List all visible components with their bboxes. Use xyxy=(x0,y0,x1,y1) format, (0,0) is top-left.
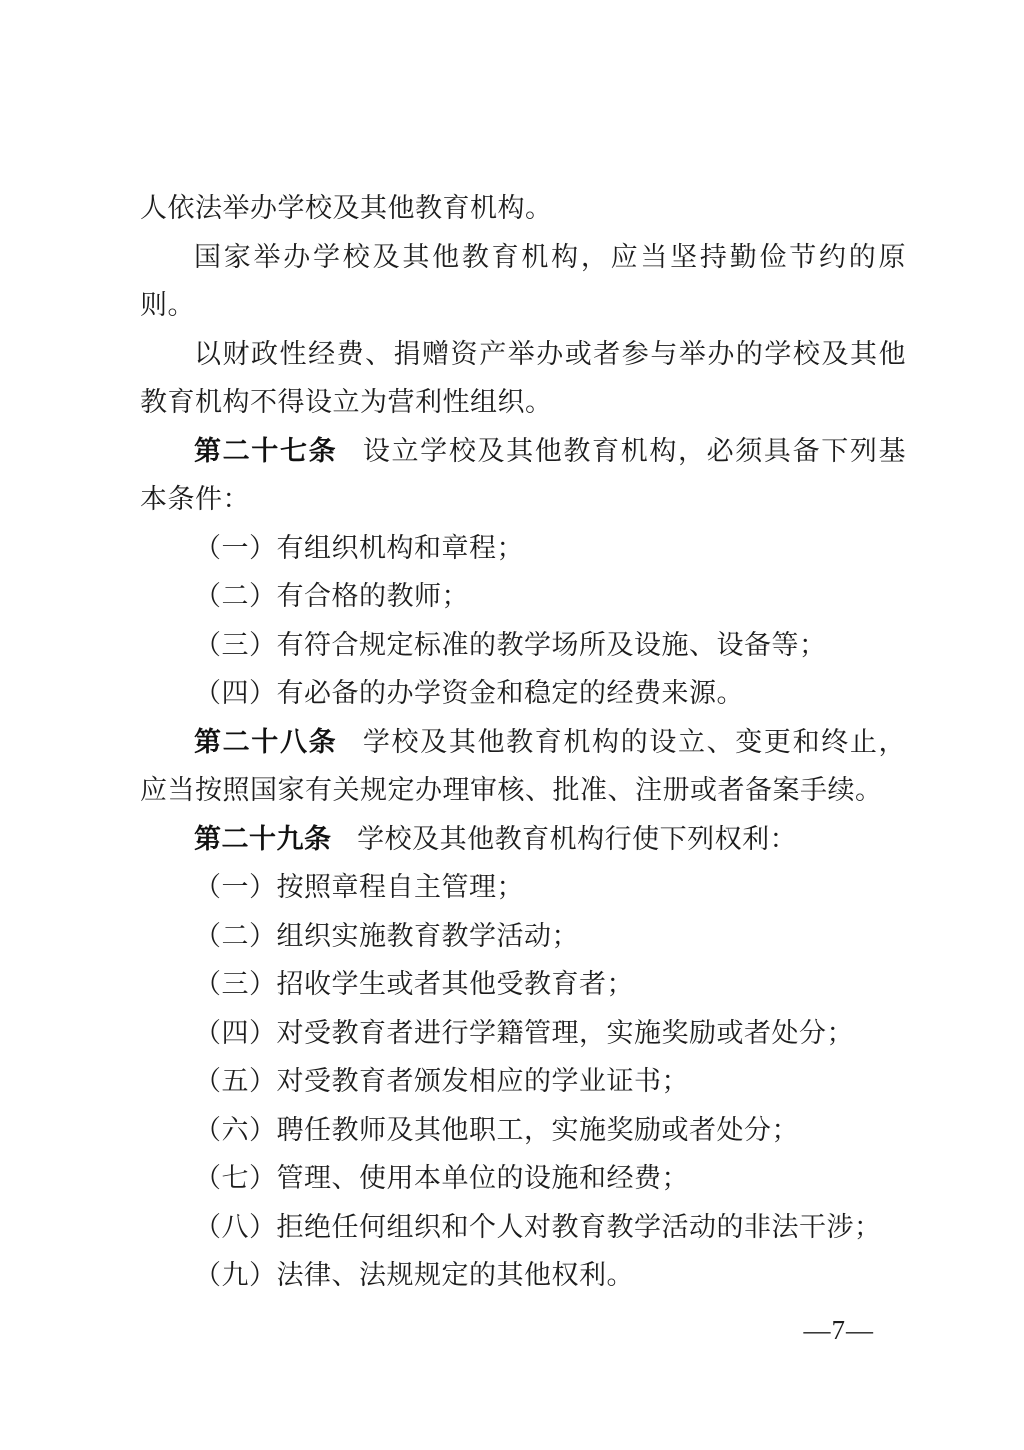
article-paragraph: 第二十八条学校及其他教育机构的设立、变更和终止，应当按照国家有关规定办理审核、批… xyxy=(140,718,906,815)
paragraph: （三）招收学生或者其他受教育者； xyxy=(140,960,906,1009)
page-number: —7— xyxy=(804,1312,875,1348)
paragraph: （五）对受教育者颁发相应的学业证书； xyxy=(140,1057,906,1106)
paragraph: （七）管理、使用本单位的设施和经费； xyxy=(140,1154,906,1203)
paragraph: （三）有符合规定标准的教学场所及设施、设备等； xyxy=(140,621,906,670)
paragraph: 国家举办学校及其他教育机构，应当坚持勤俭节约的原则。 xyxy=(140,233,906,330)
article-number-label: 第二十七条 xyxy=(194,436,337,466)
paragraph: 以财政性经费、捐赠资产举办或者参与举办的学校及其他教育机构不得设立为营利性组织。 xyxy=(140,330,906,427)
paragraph: （一）按照章程自主管理； xyxy=(140,863,906,912)
paragraph: （四）有必备的办学资金和稳定的经费来源。 xyxy=(140,669,906,718)
paragraph: （九）法律、法规规定的其他权利。 xyxy=(140,1251,906,1300)
article-paragraph: 第二十七条设立学校及其他教育机构，必须具备下列基本条件： xyxy=(140,427,906,524)
article-number-label: 第二十九条 xyxy=(194,824,332,854)
paragraph: （八）拒绝任何组织和个人对教育教学活动的非法干涉； xyxy=(140,1203,906,1252)
paragraph: （四）对受教育者进行学籍管理，实施奖励或者处分； xyxy=(140,1009,906,1058)
article-number-label: 第二十八条 xyxy=(194,727,337,757)
paragraph: （六）聘任教师及其他职工，实施奖励或者处分； xyxy=(140,1106,906,1155)
document-page: 人依法举办学校及其他教育机构。国家举办学校及其他教育机构，应当坚持勤俭节约的原则… xyxy=(0,0,1024,1450)
paragraph: 人依法举办学校及其他教育机构。 xyxy=(140,184,906,233)
article-paragraph: 第二十九条学校及其他教育机构行使下列权利： xyxy=(140,815,906,864)
paragraph: （一）有组织机构和章程； xyxy=(140,524,906,573)
paragraph: （二）有合格的教师； xyxy=(140,572,906,621)
document-body: 人依法举办学校及其他教育机构。国家举办学校及其他教育机构，应当坚持勤俭节约的原则… xyxy=(140,184,906,1300)
paragraph: （二）组织实施教育教学活动； xyxy=(140,912,906,961)
